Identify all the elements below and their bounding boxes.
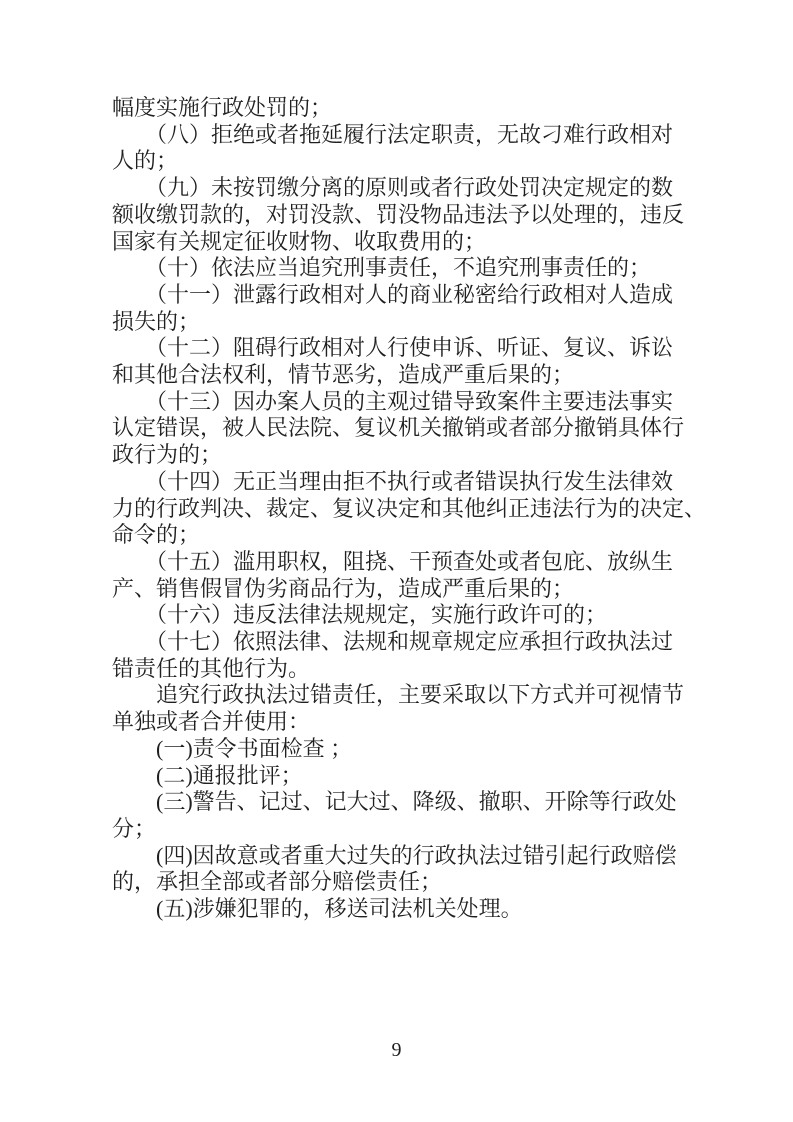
- text-line: 单独或者合并使用：: [112, 709, 684, 736]
- text-line: 追究行政执法过错责任，主要采取以下方式并可视情节: [112, 682, 684, 709]
- text-line: 力的行政判决、裁定、复议决定和其他纠正违法行为的决定、: [112, 496, 684, 523]
- document-page: 幅度实施行政处罚的； （八）拒绝或者拖延履行法定职责，无故刁难行政相对 人的； …: [0, 0, 793, 1122]
- text-line: (四)因故意或者重大过失的行政执法过错引起行政赔偿: [112, 843, 684, 870]
- text-line: （十二）阻碍行政相对人行使申诉、听证、复议、诉讼: [112, 335, 684, 362]
- text-line: 认定错误，被人民法院、复议机关撤销或者部分撤销具体行: [112, 415, 684, 442]
- text-line: 产、销售假冒伪劣商品行为，造成严重后果的；: [112, 576, 684, 603]
- page-number: 9: [0, 1038, 793, 1062]
- text-line: （十五）滥用职权，阻挠、干预查处或者包庇、放纵生: [112, 549, 684, 576]
- text-line: （十六）违反法律法规规定，实施行政许可的；: [112, 602, 684, 629]
- text-line: (一)责令书面检查 ；: [112, 736, 684, 763]
- text-line: （九）未按罚缴分离的原则或者行政处罚决定规定的数: [112, 175, 684, 202]
- text-line: 政行为的；: [112, 442, 684, 469]
- text-line: （十一）泄露行政相对人的商业秘密给行政相对人造成: [112, 282, 684, 309]
- text-line: 国家有关规定征收财物、收取费用的；: [112, 229, 684, 256]
- text-line: 人的；: [112, 148, 684, 175]
- text-line: (二)通报批评；: [112, 763, 684, 790]
- text-line: 命令的；: [112, 522, 684, 549]
- text-line: 幅度实施行政处罚的；: [112, 95, 684, 122]
- text-line: （十三）因办案人员的主观过错导致案件主要违法事实: [112, 389, 684, 416]
- text-line: （十四）无正当理由拒不执行或者错误执行发生法律效: [112, 469, 684, 496]
- text-line: (三)警告、记过、记大过、降级、撤职、开除等行政处: [112, 789, 684, 816]
- document-body: 幅度实施行政处罚的； （八）拒绝或者拖延履行法定职责，无故刁难行政相对 人的； …: [112, 95, 684, 923]
- text-line: 分；: [112, 816, 684, 843]
- text-line: 和其他合法权利，情节恶劣，造成严重后果的；: [112, 362, 684, 389]
- text-line: 错责任的其他行为。: [112, 656, 684, 683]
- text-line: （十七）依照法律、法规和规章规定应承担行政执法过: [112, 629, 684, 656]
- text-line: 的，承担全部或者部分赔偿责任；: [112, 869, 684, 896]
- text-line: (五)涉嫌犯罪的，移送司法机关处理。: [112, 896, 684, 923]
- text-line: 损失的；: [112, 309, 684, 336]
- text-line: （十）依法应当追究刑事责任，不追究刑事责任的；: [112, 255, 684, 282]
- text-line: （八）拒绝或者拖延履行法定职责，无故刁难行政相对: [112, 122, 684, 149]
- text-line: 额收缴罚款的，对罚没款、罚没物品违法予以处理的，违反: [112, 202, 684, 229]
